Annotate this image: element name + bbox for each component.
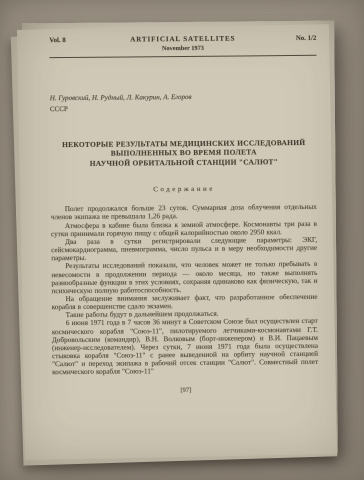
article-body: Полет продолжался больше 23 суток. Сумма…: [51, 203, 318, 377]
journal-date: November 1973: [49, 43, 316, 52]
journal-page: Vol. 8 ARTIFICIAL SATELLITES No. 1/2 Nov…: [22, 21, 338, 456]
photo-background: Vol. 8 ARTIFICIAL SATELLITES No. 1/2 Nov…: [0, 0, 364, 480]
paragraph: 6 июня 1971 года в 7 часов 36 минут в Со…: [52, 317, 318, 376]
header-rule: [49, 54, 316, 57]
journal-volume: Vol. 8: [49, 37, 111, 45]
journal-header: Vol. 8 ARTIFICIAL SATELLITES No. 1/2: [49, 34, 316, 44]
paragraph: Два раза в сутки регистрировали следующи…: [51, 236, 317, 263]
article-title-line-3: НАУЧНОЙ ОРБИТАЛЬНОЙ СТАНЦИИ "САЛЮТ": [50, 156, 317, 168]
page-number: [97]: [52, 385, 319, 394]
section-heading: Содержание: [51, 185, 318, 194]
paragraph: Результаты исследований показали, что че…: [51, 260, 317, 295]
article-country: СССР: [50, 102, 317, 112]
page-content: Vol. 8 ARTIFICIAL SATELLITES No. 1/2 Nov…: [49, 34, 319, 395]
journal-issue: No. 1/2: [254, 35, 316, 43]
article-title: НЕКОТОРЫЕ РЕЗУЛЬТАТЫ МЕДИЦИНСКИХ ИССЛЕДО…: [50, 137, 317, 168]
journal-title: ARTIFICIAL SATELLITES: [111, 34, 254, 43]
article-authors: Н. Гуровский, Н. Рудный, Л. Какурин, А. …: [50, 91, 317, 101]
